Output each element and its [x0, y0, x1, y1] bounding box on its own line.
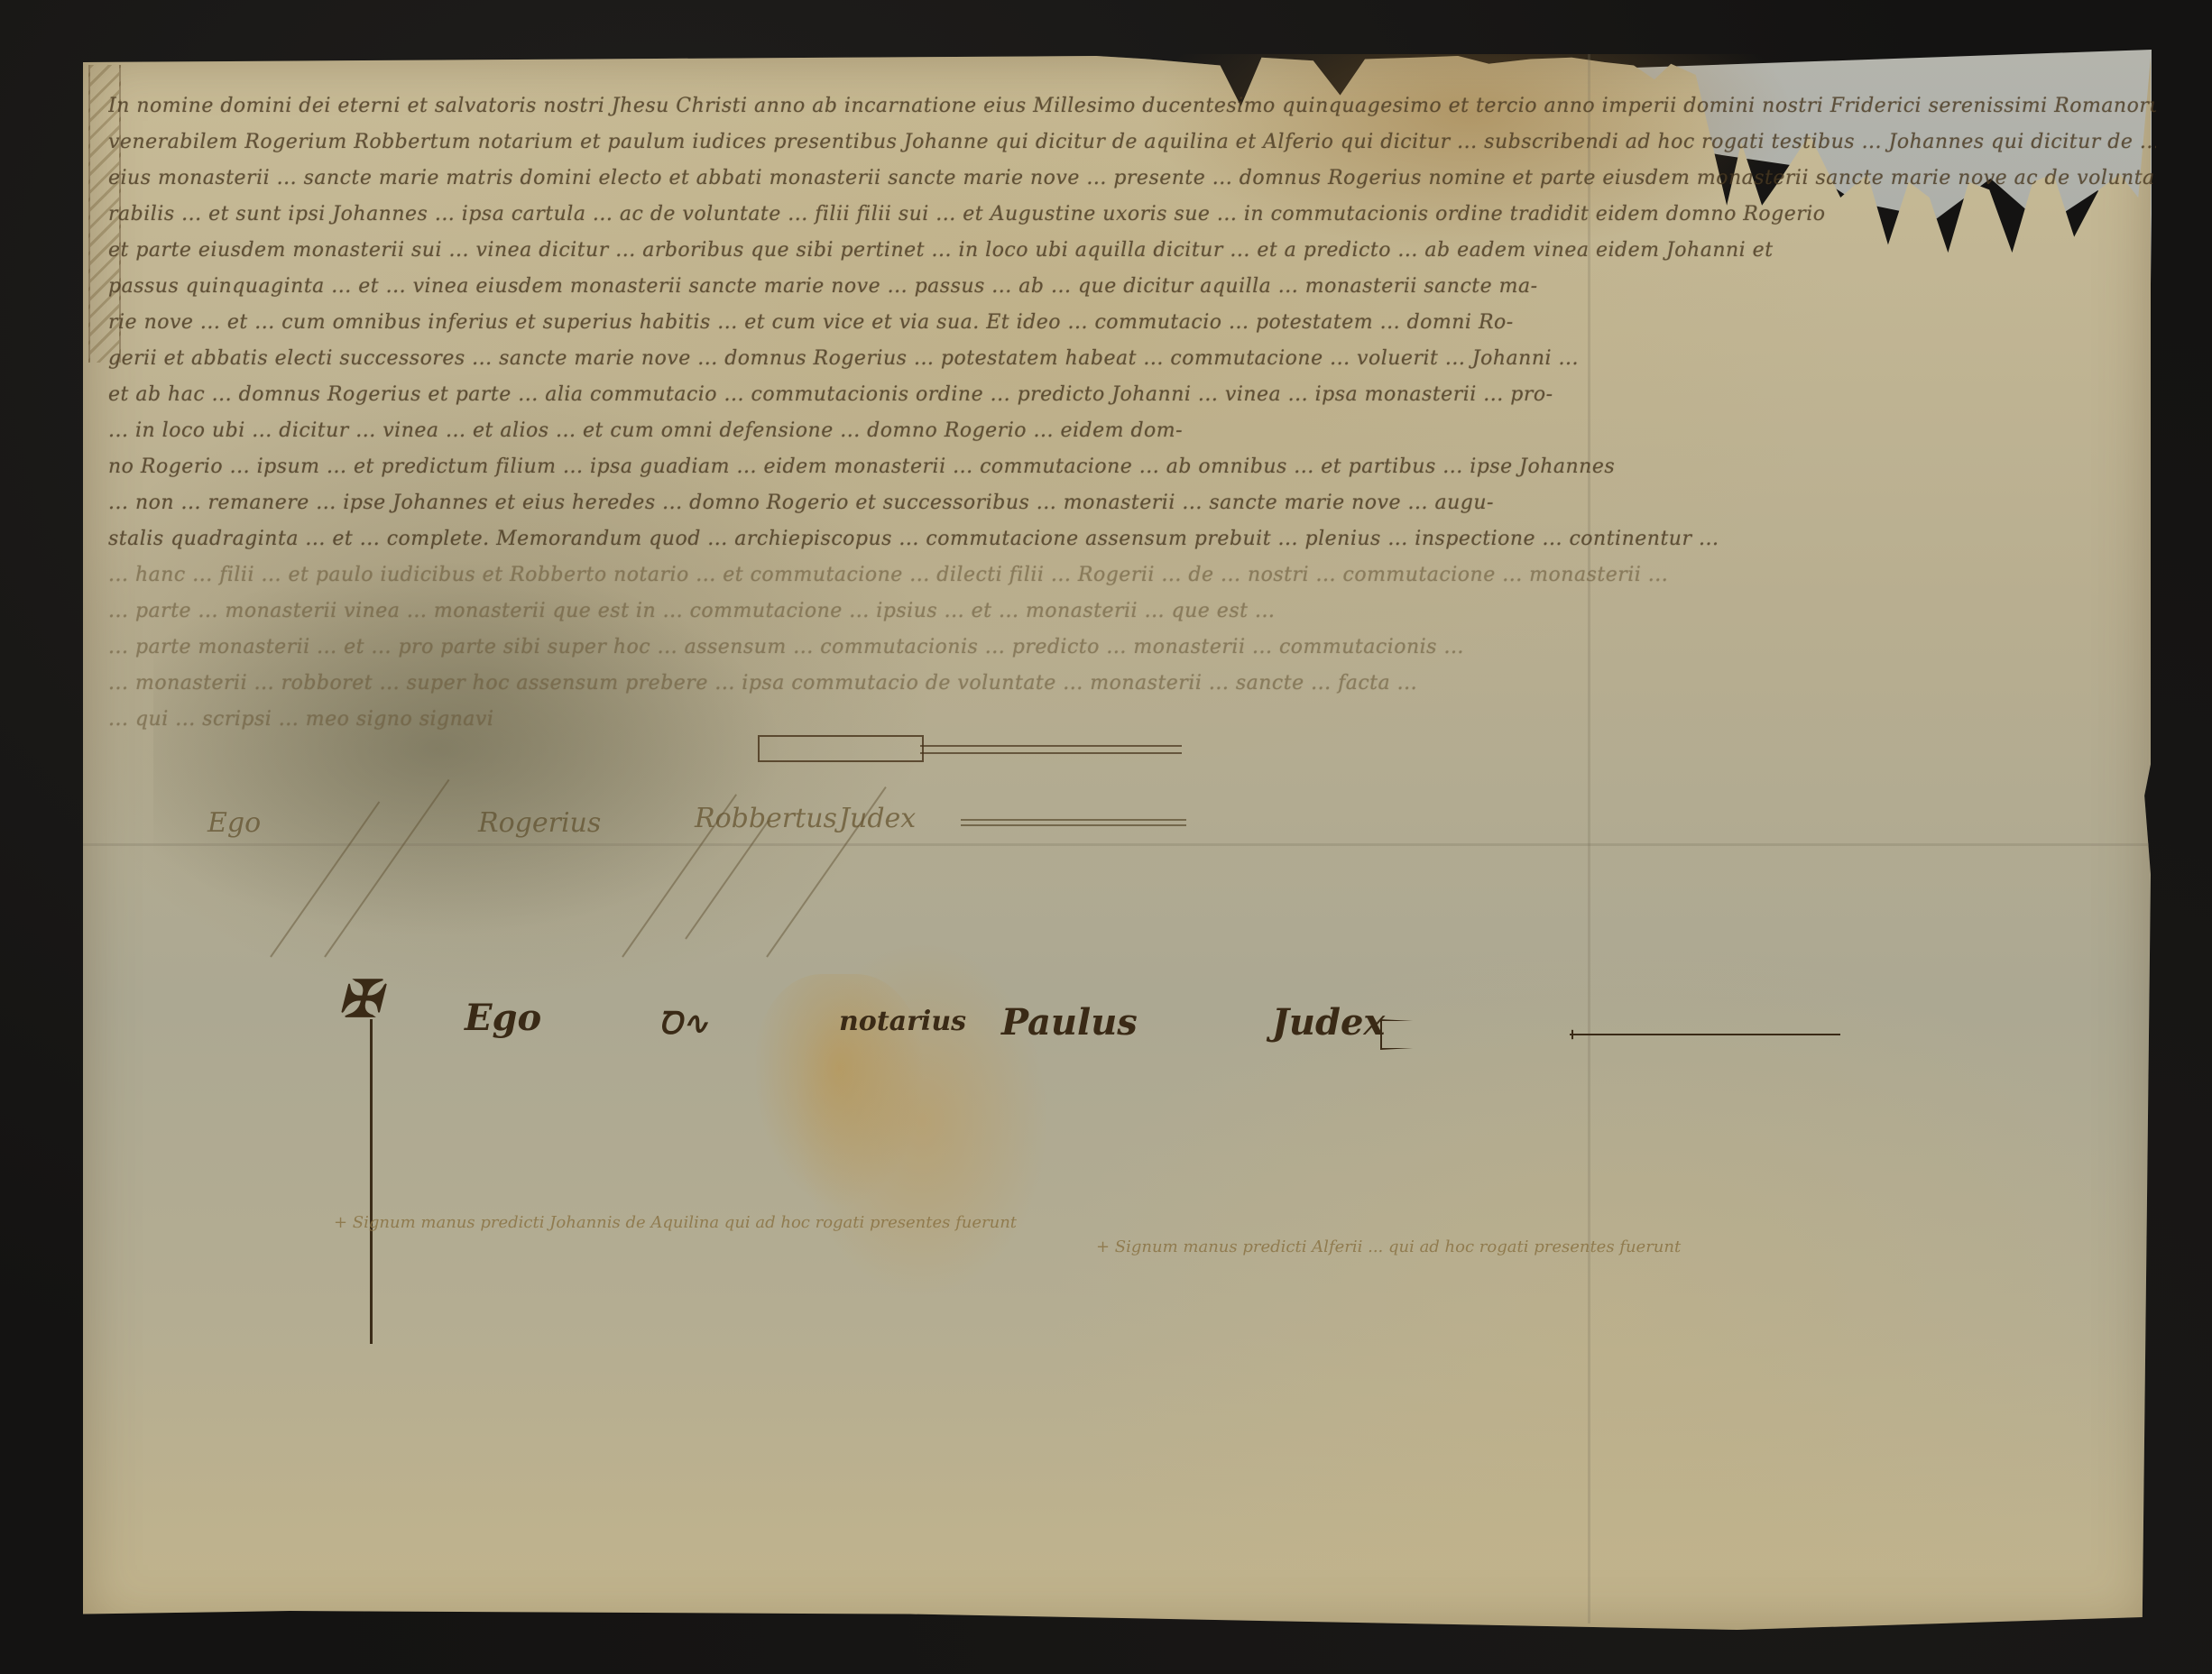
subscription-word: Rogerius [478, 807, 601, 839]
text-line: rabilis ... et sunt ipsi Johannes ... ip… [108, 197, 2156, 233]
text-line: rie nove ... et ... cum omnibus inferius… [108, 305, 2156, 341]
monogram-icon: Ꝺ∿ [659, 1001, 708, 1043]
signature-flourish [961, 819, 1186, 821]
text-line: stalis quadraginta ... et ... complete. … [108, 521, 2156, 557]
subscription-word: Paulus [1001, 1001, 1138, 1044]
text-line: et parte eiusdem monasterii sui ... vine… [108, 233, 2156, 269]
cross-staff [370, 1019, 373, 1344]
signature-flourish [1570, 1034, 1840, 1035]
charter-text: In nomine domini dei eterni et salvatori… [108, 88, 2156, 738]
subscription-word: Judex [1272, 1001, 1385, 1044]
text-line: venerabilem Rogerium Robbertum notarium … [108, 124, 2156, 161]
text-line: ... qui ... scripsi ... meo signo signav… [108, 702, 722, 738]
subscription-word: Robbertus [695, 803, 837, 834]
text-line: no Rogerio ... ipsum ... et predictum fi… [108, 449, 2156, 485]
subscription-word: Ego [207, 807, 261, 839]
notary-signum-icon [758, 735, 924, 762]
subscription-word: notarius [839, 1006, 966, 1037]
text-line: gerii et abbatis electi successores ... … [108, 341, 2156, 377]
signature-flourish [961, 824, 1186, 826]
text-line: ... monasterii ... robboret ... super ho… [108, 666, 2156, 702]
text-line: eius monasterii ... sancte marie matris … [108, 161, 2156, 197]
signum-flourish [920, 745, 1182, 754]
text-line: et ab hac ... domnus Rogerius et parte .… [108, 377, 2156, 413]
text-line: ... parte monasterii ... et ... pro part… [108, 630, 2156, 666]
text-line: ... hanc ... filii ... et paulo iudicibu… [108, 557, 2156, 593]
subscription-word: Ego [465, 997, 541, 1039]
witness-line: + Signum manus predicti Johannis de Aqui… [334, 1213, 1017, 1232]
cross-signum-icon: ✠ [338, 970, 381, 1029]
fold-line [83, 843, 2149, 846]
text-line: ... non ... remanere ... ipse Johannes e… [108, 485, 2156, 521]
text-line: ... parte ... monasterii vinea ... monas… [108, 593, 2156, 630]
witness-line: + Signum manus predicti Alferii ... qui … [1096, 1237, 1681, 1256]
text-line: passus quinquaginta ... et ... vinea eiu… [108, 269, 2156, 305]
text-line: In nomine domini dei eterni et salvatori… [108, 88, 2156, 124]
subscription-word: Judex [839, 803, 916, 834]
text-line: ... in loco ubi ... dicitur ... vinea ..… [108, 413, 2156, 449]
